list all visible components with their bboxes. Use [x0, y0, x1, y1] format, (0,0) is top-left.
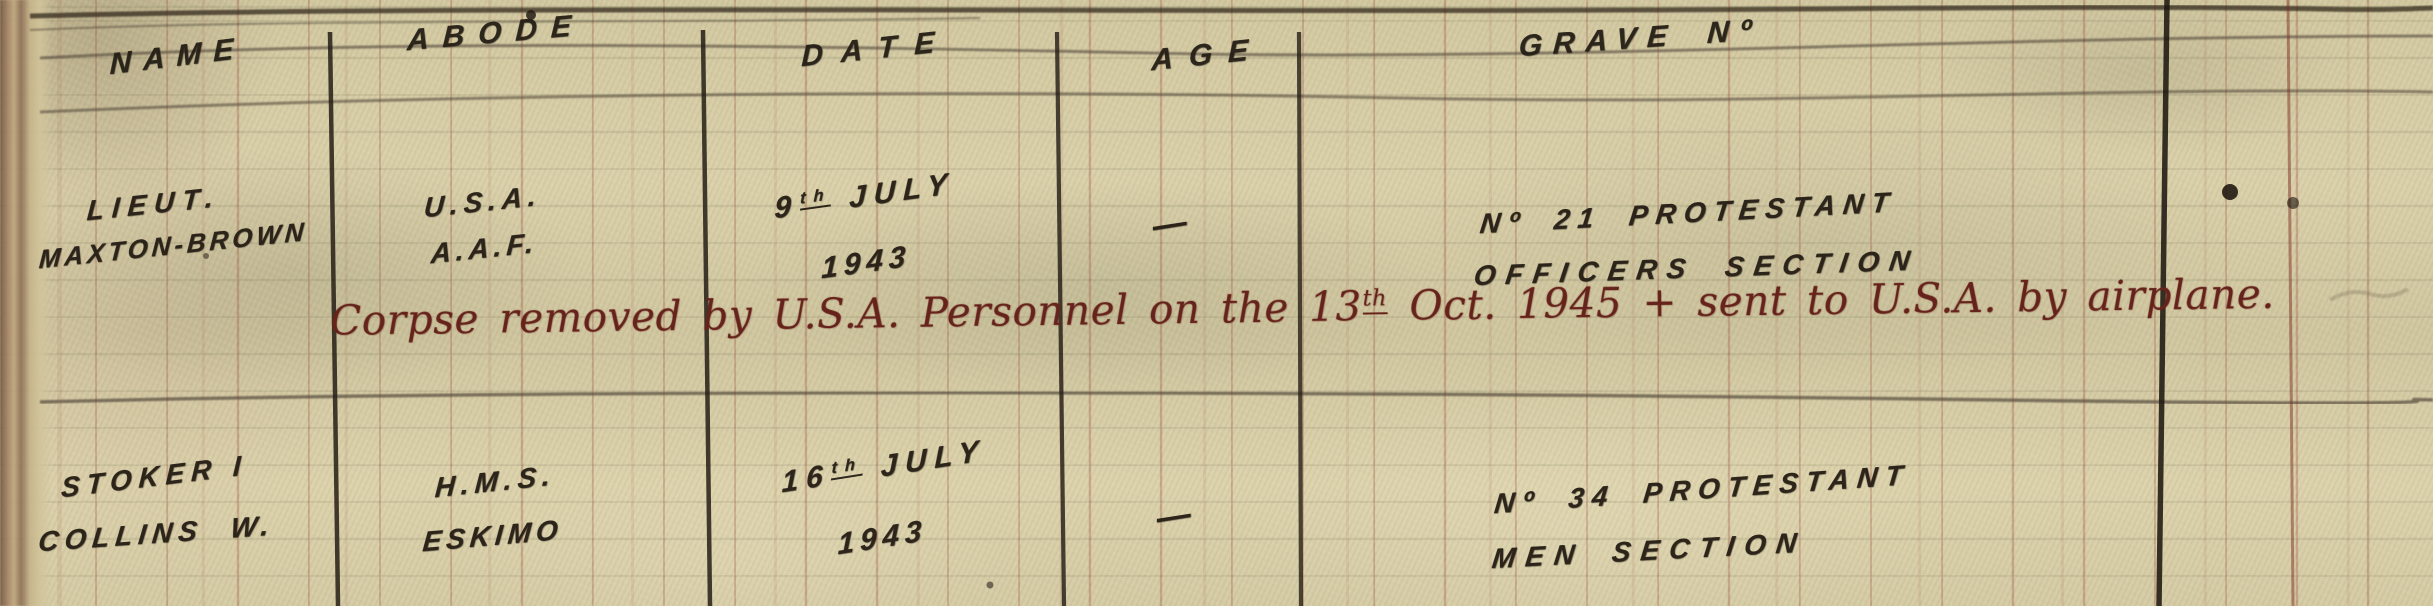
row2-date-suffix: th	[831, 454, 863, 480]
faint-pencil-smudge	[2330, 289, 2408, 300]
burial-register-scan: NAME ABODE DATE AGE GRAVE Nº LIEUT. MAXT…	[0, 0, 2433, 606]
row-separator-line	[40, 393, 2433, 403]
row1-date-suffix: th	[800, 185, 832, 211]
row1-date-day: 9	[774, 189, 800, 226]
annotation-date-suffix: th	[1362, 286, 1387, 315]
row2-age-dash: —	[1154, 497, 1193, 536]
page-top-edge-line	[30, 7, 2433, 30]
row1-age-dash: —	[1150, 205, 1189, 244]
